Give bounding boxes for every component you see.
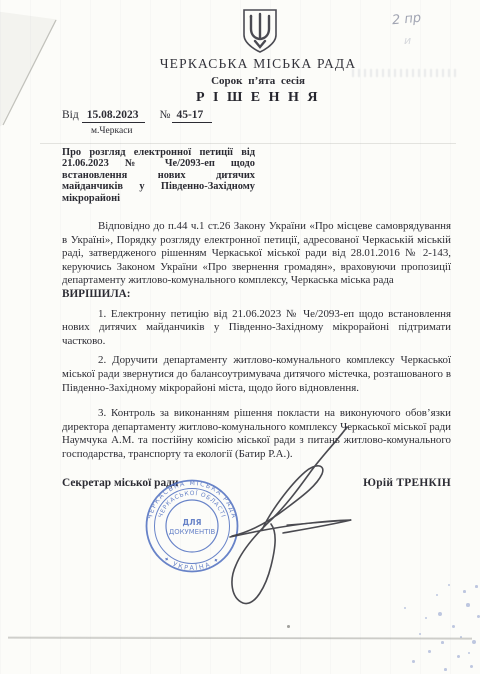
document-page: 2 пр и ЧЕРКАСЬКА МІСЬКА РАДА Сорок п’ята… [0,0,480,674]
handwritten-signature [0,0,480,674]
